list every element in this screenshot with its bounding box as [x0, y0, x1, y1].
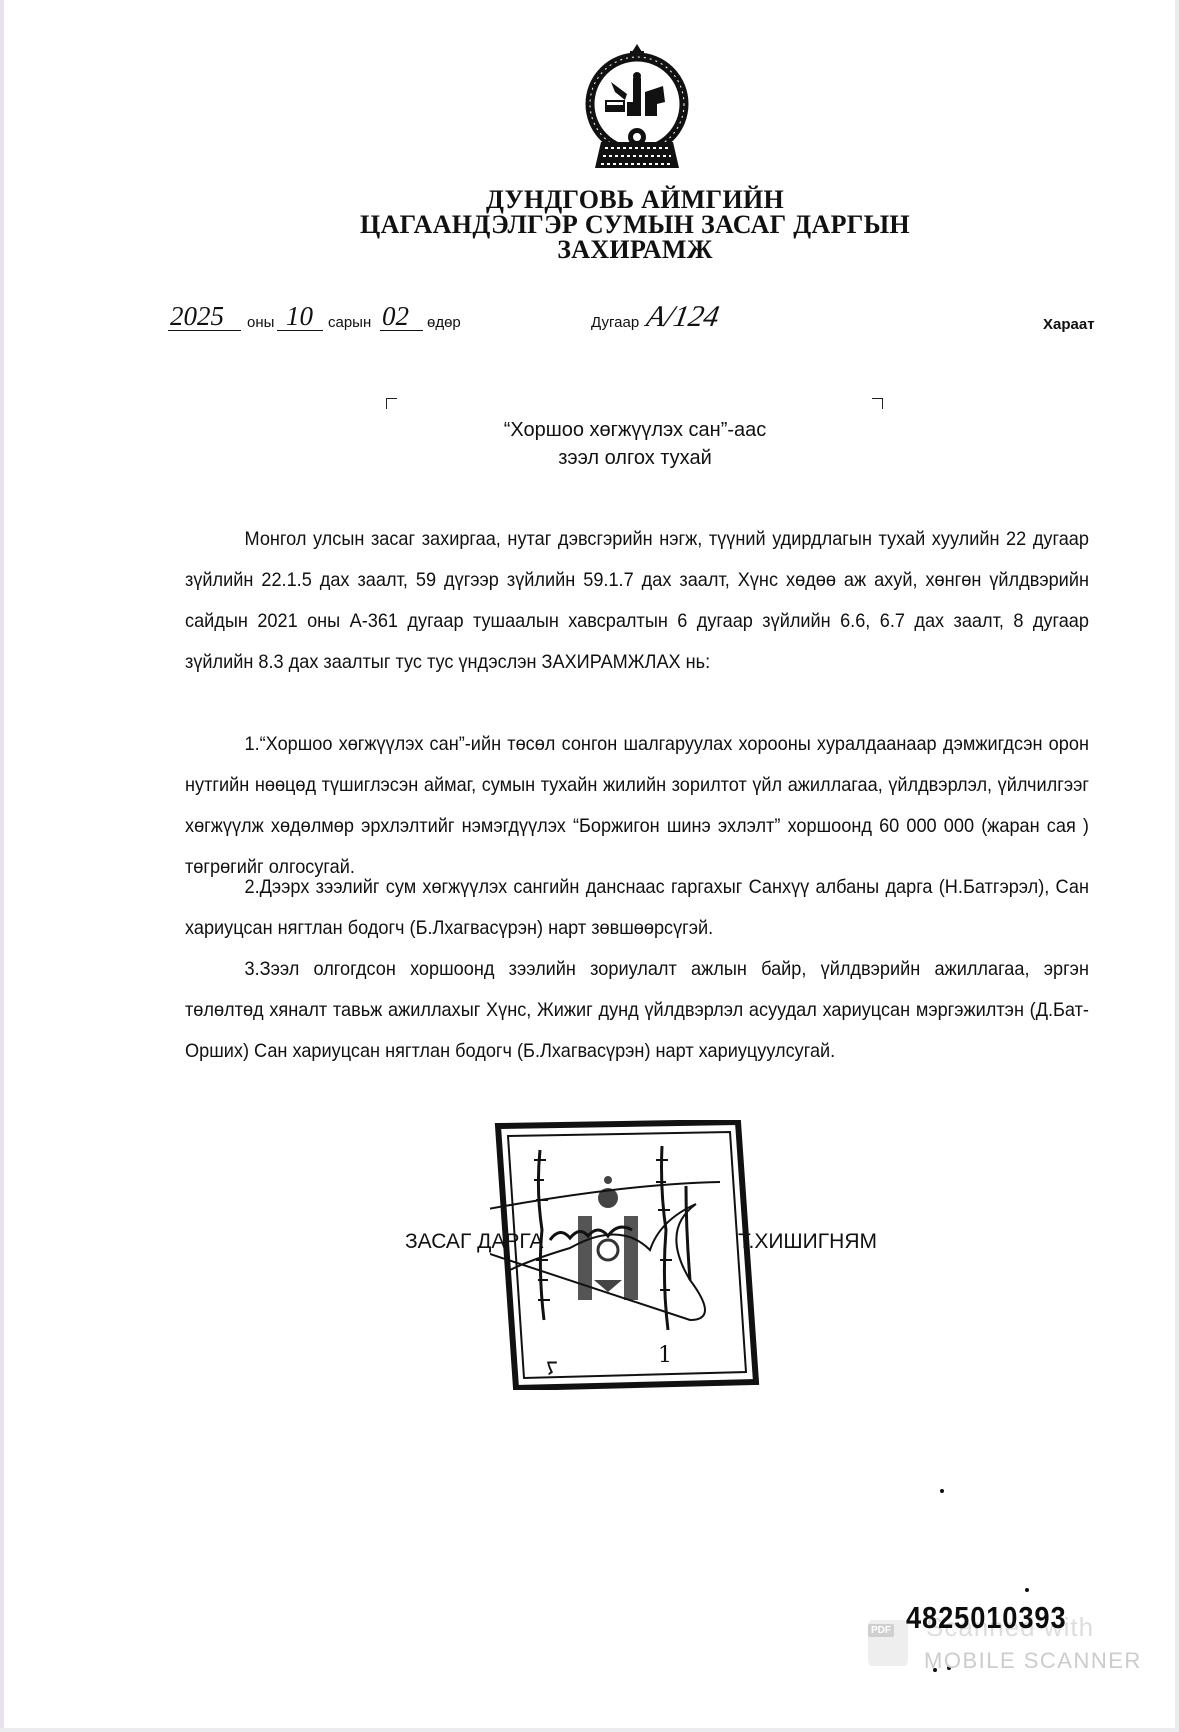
- page-edge: [0, 1728, 1179, 1732]
- scan-speck: [1025, 1588, 1029, 1592]
- signatory-name: Т.ХИШИГНЯМ: [738, 1230, 877, 1254]
- day-value: 02: [382, 302, 409, 330]
- serial-number: 4825010393: [906, 1600, 1067, 1636]
- clause-3: 3.Зээл олгогдсон хоршоонд зээлийн зориул…: [185, 949, 1089, 1072]
- year-label: оны: [247, 314, 274, 331]
- number-value: А/124: [644, 300, 722, 334]
- paragraph-text: Монгол улсын засаг захиргаа, нутаг дэвсг…: [185, 519, 1089, 683]
- year-value: 2025: [170, 302, 224, 330]
- scan-speck: [940, 1489, 944, 1493]
- month-value: 10: [286, 302, 313, 330]
- paragraph-text: 3.Зээл олгогдсон хоршоонд зээлийн зориул…: [185, 949, 1089, 1072]
- paragraph-text: 1.“Хоршоо хөгжүүлэх сан”-ийн төсөл сонго…: [185, 724, 1089, 888]
- svg-text:ᠶ: ᠶ: [546, 1350, 558, 1378]
- preamble-paragraph: Монгол улсын засаг захиргаа, нутаг дэвсг…: [185, 519, 1089, 683]
- subject-bracket-right: [872, 398, 883, 409]
- clause-1: 1.“Хоршоо хөгжүүлэх сан”-ийн төсөл сонго…: [185, 724, 1089, 888]
- pdf-badge: PDF: [868, 1624, 894, 1637]
- watermark-brand: MOBILE SCANNER: [924, 1648, 1142, 1674]
- signatory-title: ЗАСАГ ДАРГА: [405, 1230, 543, 1254]
- subject-line: зээл олгох тухай: [0, 444, 1179, 472]
- paragraph-text: 2.Дээрх зээлийг сум хөгжүүлэх сангийн да…: [185, 867, 1089, 949]
- document-place: Хараат: [1043, 316, 1095, 333]
- state-emblem-icon: [583, 42, 691, 172]
- number-label: Дугаар: [591, 314, 639, 331]
- official-seal-stamp: ᠶ 1: [490, 1120, 786, 1390]
- clause-2: 2.Дээрх зээлийг сум хөгжүүлэх сангийн да…: [185, 867, 1089, 949]
- subject-bracket-left: [386, 398, 397, 409]
- subject-line: “Хоршоо хөгжүүлэх сан”-аас: [0, 416, 1179, 444]
- day-label: өдөр: [427, 314, 461, 331]
- month-label: сарын: [328, 314, 371, 331]
- document-type: ЗАХИРАМЖ: [0, 237, 1179, 263]
- svg-text:1: 1: [658, 1343, 672, 1368]
